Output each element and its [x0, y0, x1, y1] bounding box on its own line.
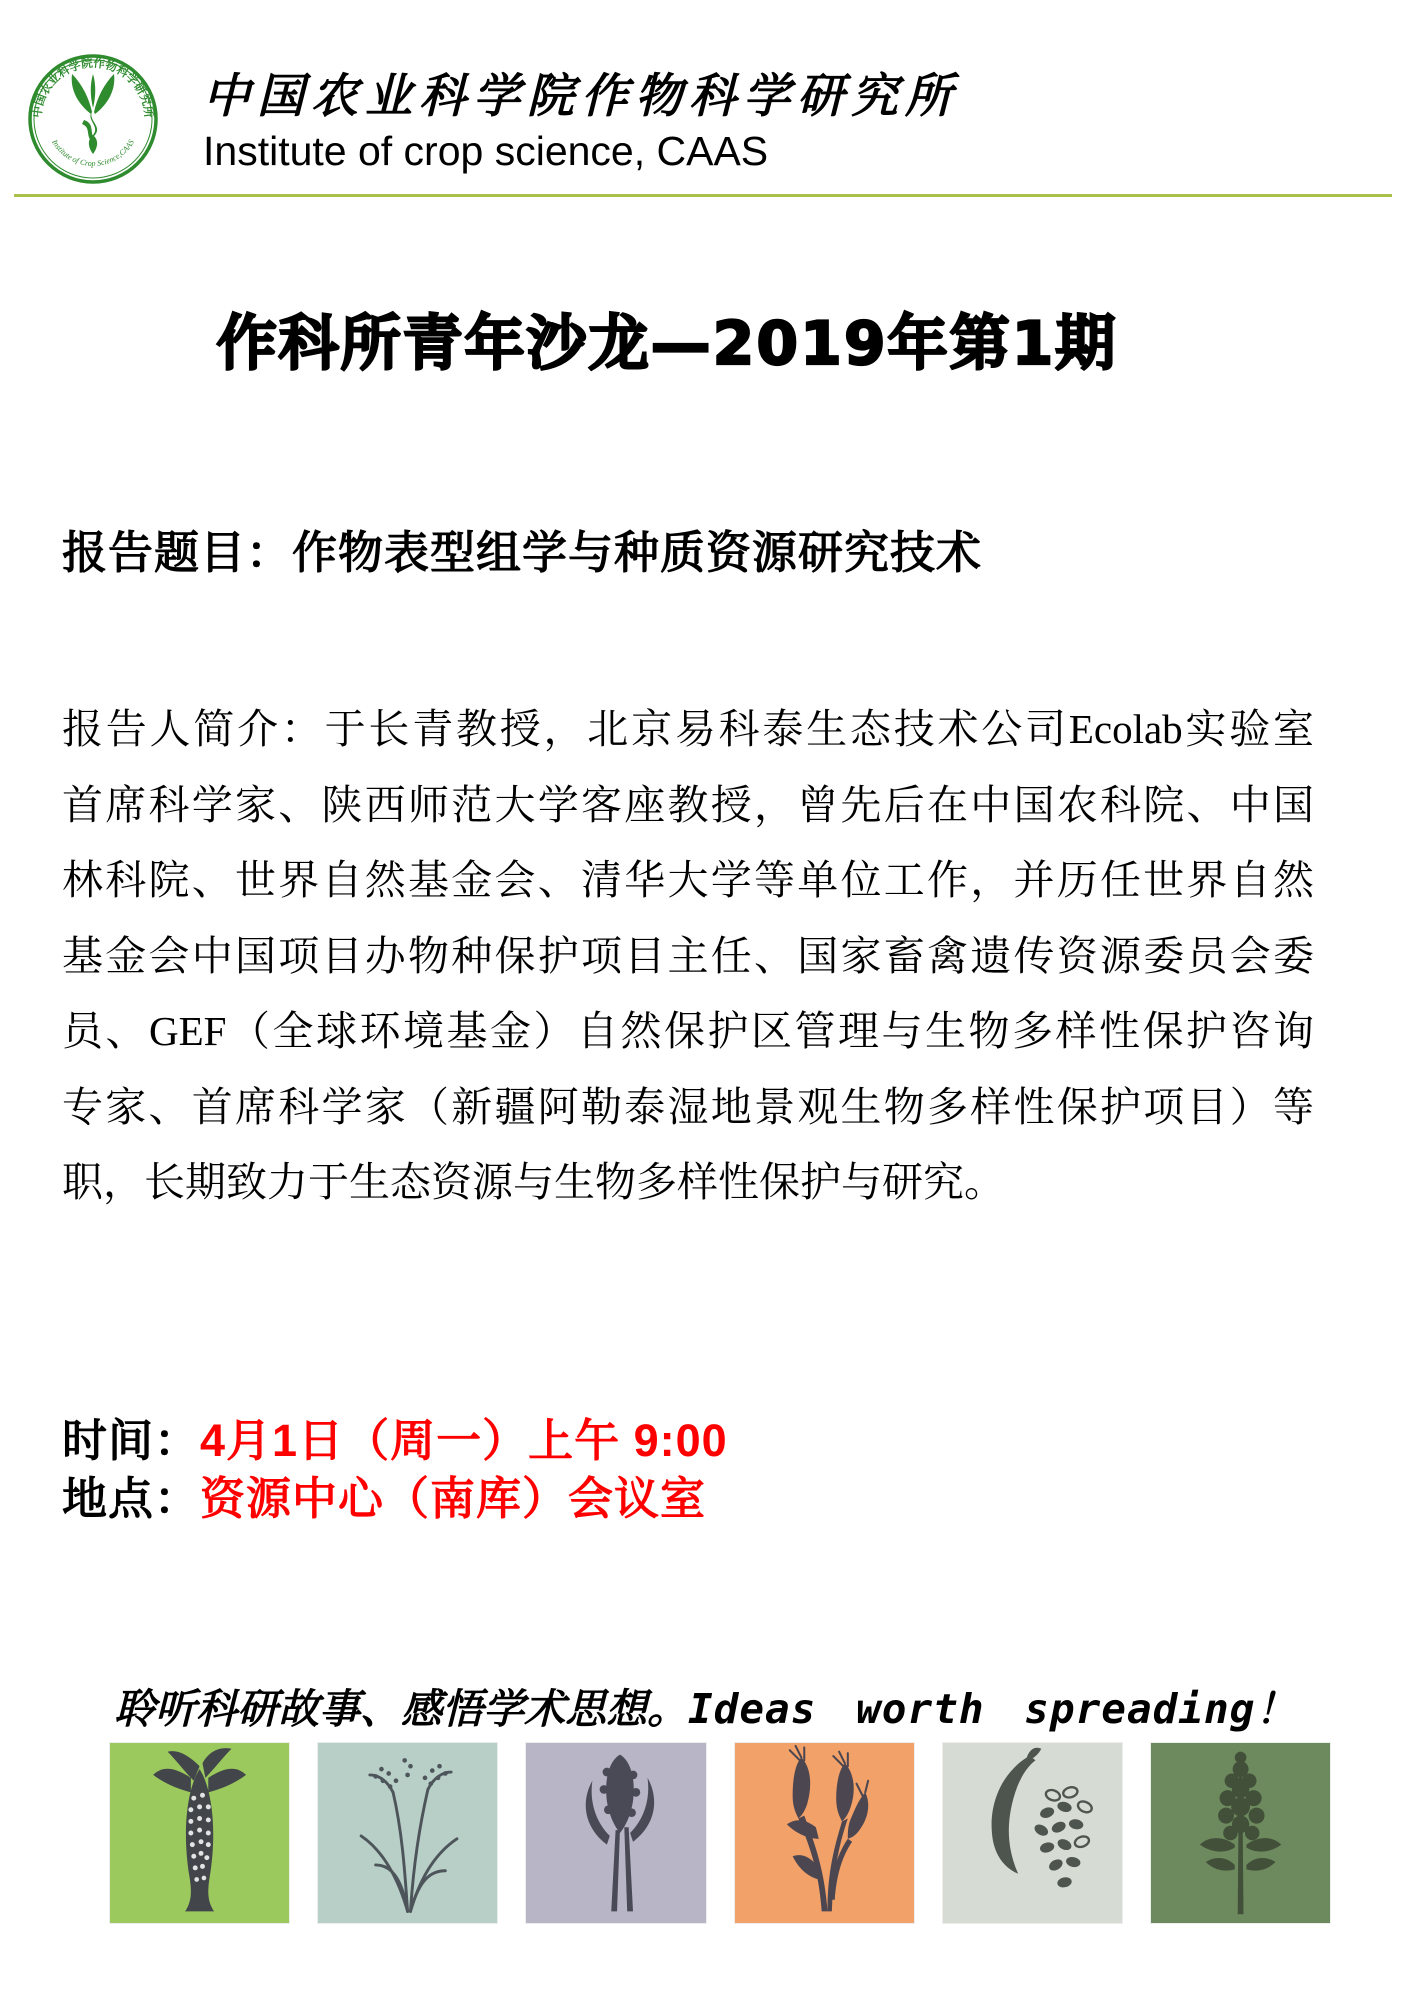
intro-line: 专家、首席科学家（新疆阿勒泰湿地景观生物多样性保护项目）等 — [62, 1070, 1314, 1146]
footer-slogan: 聆听科研故事、感悟学术思想。Ideas worth spreading！ — [114, 1676, 1297, 1735]
tile-rice — [318, 1743, 497, 1923]
org-name-english: Institute of crop science, CAAS — [203, 128, 959, 174]
report-topic-line: 报告题目：作物表型组学与种质资源研究技术 — [62, 516, 1346, 581]
schedule-block: 时间：4月1日（周一）上午 9:00 地点：资源中心（南库）会议室 — [62, 1412, 728, 1528]
sorghum-icon — [526, 1743, 705, 1923]
seminar-poster: 中国农业科学院作物科学研究所 Institute of Crop Science… — [0, 0, 1406, 1989]
poster-title: 作科所青年沙龙—2019年第1期 — [0, 296, 1334, 382]
speaker-intro-paragraph: 报告人简介：于长青教授，北京易科泰生态技术公司Ecolab实验室 首席科学家、陕… — [62, 692, 1314, 1221]
header-org-names: 中国农业科学院作物科学研究所 Institute of crop science… — [203, 66, 959, 174]
wheat-icon — [735, 1743, 914, 1923]
schedule-time-row: 时间：4月1日（周一）上午 9:00 — [62, 1412, 728, 1470]
seal-plant-emblem-icon — [72, 74, 115, 154]
tile-wheat — [735, 1743, 914, 1923]
time-value: 4月1日（周一）上午 9:00 — [200, 1415, 728, 1466]
intro-line: 首席科学家、陕西师范大学客座教授，曾先后在中国农科院、中国 — [62, 768, 1314, 844]
tile-quinoa — [1151, 1743, 1330, 1923]
report-topic-label: 报告题目： — [62, 527, 292, 578]
header-divider — [14, 194, 1392, 197]
time-label: 时间： — [62, 1415, 200, 1466]
slogan-english: Ideas worth spreading！ — [688, 1685, 1297, 1733]
intro-line: 林科院、世界自然基金会、清华大学等单位工作，并历任世界自然 — [62, 843, 1314, 919]
intro-line: 职，长期致力于生态资源与生物多样性保护与研究。 — [62, 1145, 1314, 1221]
icos-caas-logo: 中国农业科学院作物科学研究所 Institute of Crop Science… — [26, 52, 160, 188]
tile-corn — [110, 1743, 289, 1923]
corn-icon — [110, 1743, 289, 1923]
report-topic-value: 作物表型组学与种质资源研究技术 — [292, 527, 982, 578]
crop-tiles-row — [110, 1743, 1330, 1923]
schedule-place-row: 地点：资源中心（南库）会议室 — [62, 1470, 728, 1528]
rice-icon — [318, 1743, 497, 1923]
place-value: 资源中心（南库）会议室 — [200, 1473, 706, 1524]
slogan-chinese: 聆听科研故事、感悟学术思想。 — [114, 1686, 688, 1732]
intro-line: 报告人简介：于长青教授，北京易科泰生态技术公司Ecolab实验室 — [62, 692, 1314, 768]
intro-line: 员、GEF（全球环境基金）自然保护区管理与生物多样性保护咨询 — [62, 994, 1314, 1070]
place-label: 地点： — [62, 1473, 200, 1524]
org-name-chinese: 中国农业科学院作物科学研究所 — [203, 66, 959, 128]
intro-line: 基金会中国项目办物种保护项目主任、国家畜禽遗传资源委员会委 — [62, 919, 1314, 995]
tile-beans — [943, 1743, 1122, 1923]
tile-sorghum — [526, 1743, 705, 1923]
institute-seal-icon: 中国农业科学院作物科学研究所 Institute of Crop Science… — [26, 52, 160, 186]
quinoa-icon — [1151, 1743, 1330, 1923]
beans-icon — [943, 1743, 1122, 1923]
